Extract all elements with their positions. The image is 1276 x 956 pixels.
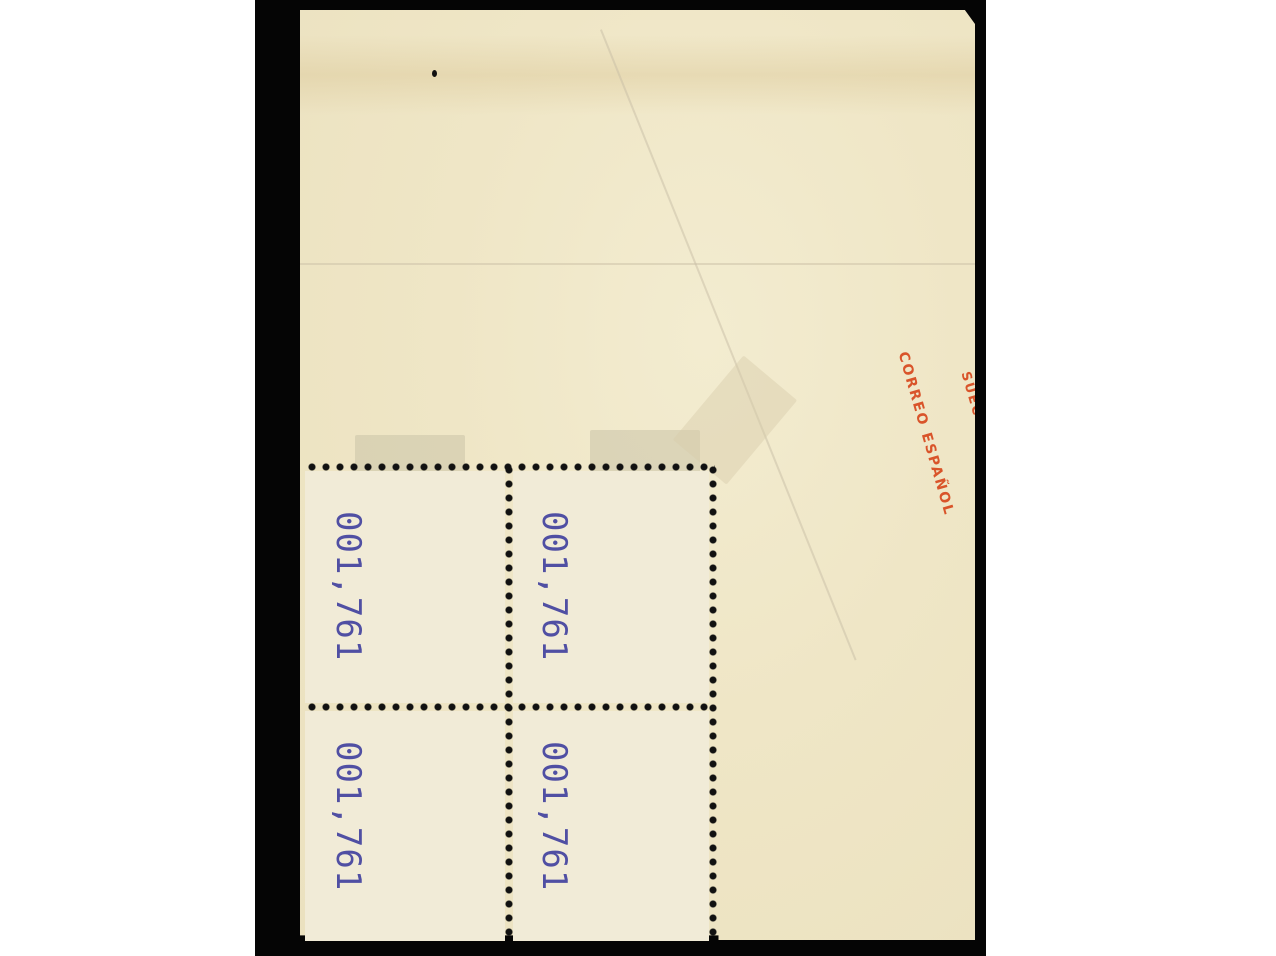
control-number: 001,761 xyxy=(328,511,368,661)
overprint-correo-espanol: CORREO ESPAÑOL xyxy=(895,350,957,518)
stamp-top-right: 001,761 xyxy=(513,471,709,703)
control-number: 001,761 xyxy=(534,741,574,891)
horizontal-fold-line xyxy=(300,263,975,265)
control-number: 001,761 xyxy=(328,741,368,891)
control-number: 001,761 xyxy=(534,511,574,661)
perforation-center xyxy=(505,463,513,941)
stamp-block-of-four: 001,761 001,761 001,761 001,761 xyxy=(305,463,715,941)
stamp-bottom-right: 001,761 xyxy=(513,711,709,941)
stamp-bottom-left: 001,761 xyxy=(305,711,505,941)
ink-spot xyxy=(432,70,437,77)
overprint-secondary: SUECOS xyxy=(958,370,992,442)
stamp-top-left: 001,761 xyxy=(305,471,505,703)
perforation-right xyxy=(709,463,717,941)
